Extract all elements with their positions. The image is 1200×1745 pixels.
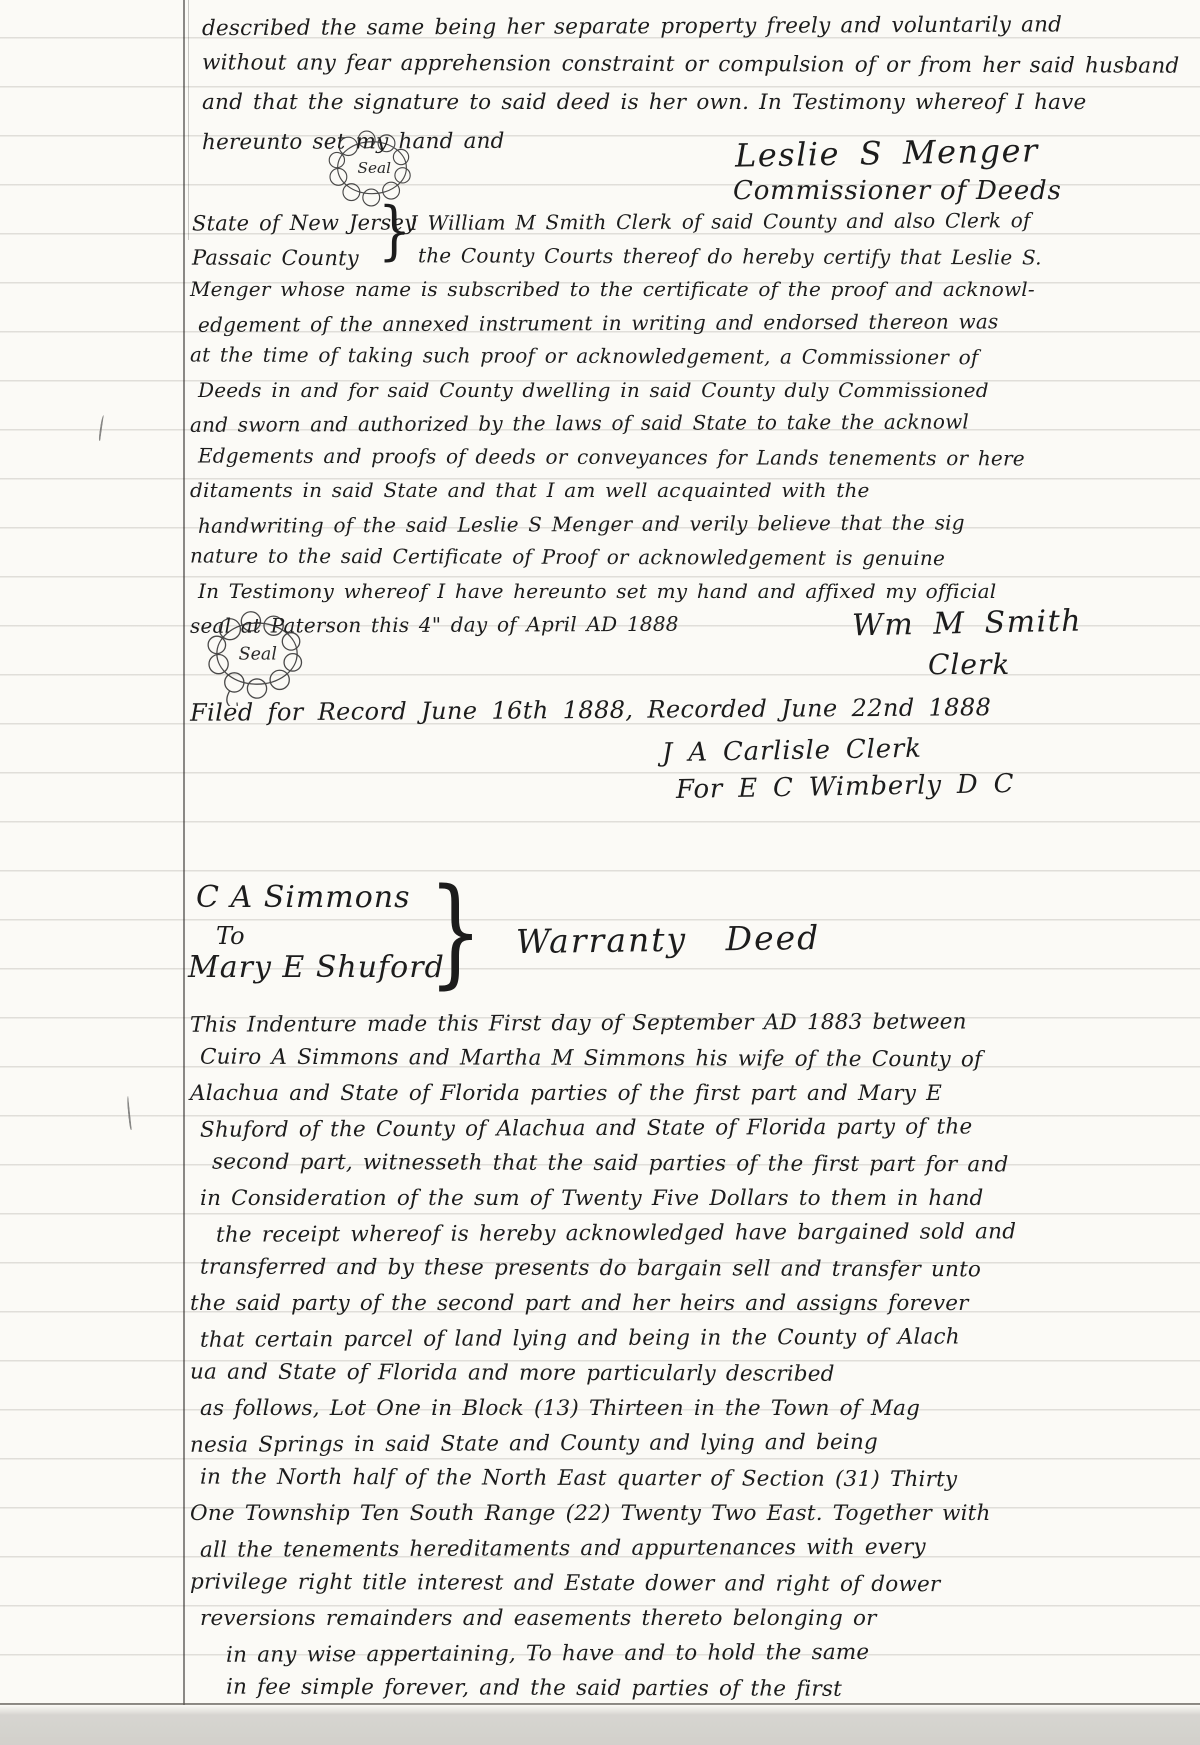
handwritten-line: and that the signature to said deed is h… — [202, 84, 1179, 122]
seal-label: Seal — [239, 645, 277, 665]
caption-to: To — [216, 922, 245, 950]
handwritten-line: ditaments in said State and that I am we… — [190, 474, 1042, 508]
deed-title: Warranty Deed — [516, 918, 821, 961]
stray-ink-mark — [126, 1096, 133, 1130]
handwritten-line: transferred and by these presents do bar… — [200, 1250, 1016, 1288]
deed-body: This Indenture made this First day of Se… — [190, 1006, 1016, 1706]
caption-brace: } — [429, 872, 483, 990]
handwritten-line: privilege right title interest and Estat… — [190, 1565, 1016, 1603]
seal-label: Seal — [357, 159, 391, 177]
handwritten-line: nesia Springs in said State and County a… — [190, 1424, 1016, 1463]
handwritten-line: Edgements and proofs of deeds or conveya… — [198, 439, 1042, 475]
handwritten-line: Shuford of the County of Alachua and Sta… — [200, 1109, 1016, 1148]
handwritten-line: the receipt whereof is hereby acknowledg… — [216, 1214, 1016, 1252]
left-margin-rule — [183, 0, 185, 1705]
handwritten-line: the said party of the second part and he… — [190, 1286, 1016, 1321]
grantee-name: Mary E Shuford — [188, 950, 445, 985]
handwritten-line: Deeds in and for said County dwelling in… — [198, 374, 1042, 408]
handwritten-line: as follows, Lot One in Block (13) Thirte… — [200, 1391, 1016, 1426]
handwritten-line: at the time of taking such proof or ackn… — [190, 339, 1042, 375]
handwritten-line: reversions remainders and easements ther… — [200, 1601, 1016, 1636]
handwritten-line: This Indenture made this First day of Se… — [190, 1004, 1016, 1043]
deed-book-page: described the same being her separate pr… — [0, 0, 1200, 1745]
clerk-title: Clerk — [928, 648, 1010, 681]
clerk-signature: Wm M Smith — [852, 604, 1083, 644]
recording-clerk-signature: J A Carlisle Clerk — [662, 734, 922, 769]
handwritten-line: ua and State of Florida and more particu… — [190, 1355, 1016, 1393]
deputy-clerk-line: For E C Wimberly D C — [676, 769, 1015, 805]
handwritten-line: In Testimony whereof I have hereunto set… — [198, 575, 1042, 609]
handwritten-line: second part, witnesseth that the said pa… — [212, 1145, 1016, 1183]
seal-scribble-drawing: Seal — [198, 610, 316, 706]
handwritten-line: described the same being her separate pr… — [202, 6, 1180, 48]
handwritten-line: and sworn and authorized by the laws of … — [190, 405, 1042, 442]
handwritten-line: without any fear apprehension constraint… — [202, 44, 1179, 85]
handwritten-line: Cuiro A Simmons and Martha M Simmons his… — [200, 1040, 1016, 1078]
filed-record-line: Filed for Record June 16th 1888, Recorde… — [190, 693, 991, 727]
handwritten-line: Alachua and State of Florida parties of … — [190, 1076, 1016, 1111]
grantor-name: C A Simmons — [196, 880, 411, 915]
handwritten-line: the County Courts thereof do hereby cert… — [198, 238, 1042, 274]
handwritten-line: in Consideration of the sum of Twenty Fi… — [200, 1181, 1016, 1216]
commissioner-signature: Leslie S Menger — [735, 131, 1039, 174]
handwritten-line: edgement of the annexed instrument in wr… — [198, 305, 1042, 342]
page-bottom-scan-edge — [0, 1703, 1200, 1745]
handwritten-line: in the North half of the North East quar… — [200, 1460, 1016, 1498]
seal-scribble: Seal — [198, 610, 316, 706]
handwritten-line: nature to the said Certificate of Proof … — [190, 540, 1042, 576]
left-margin-rule-secondary — [188, 0, 189, 240]
handwritten-line: One Township Ten South Range (22) Twenty… — [190, 1496, 1016, 1531]
handwritten-line: in fee simple forever, and the said part… — [226, 1670, 1016, 1708]
handwritten-line: in any wise appertaining, To have and to… — [226, 1634, 1016, 1672]
handwritten-line: that certain parcel of land lying and be… — [200, 1319, 1016, 1358]
handwritten-line: all the tenements hereditaments and appu… — [200, 1529, 1016, 1568]
handwritten-line: I William M Smith Clerk of said County a… — [190, 204, 1042, 241]
handwritten-line: handwriting of the said Leslie S Menger … — [198, 506, 1042, 543]
handwritten-line: Menger whose name is subscribed to the c… — [190, 273, 1042, 307]
clerk-certificate: I William M Smith Clerk of said County a… — [190, 206, 1042, 642]
commissioner-title: Commissioner of Deeds — [733, 176, 1062, 206]
stray-ink-mark — [98, 415, 105, 441]
